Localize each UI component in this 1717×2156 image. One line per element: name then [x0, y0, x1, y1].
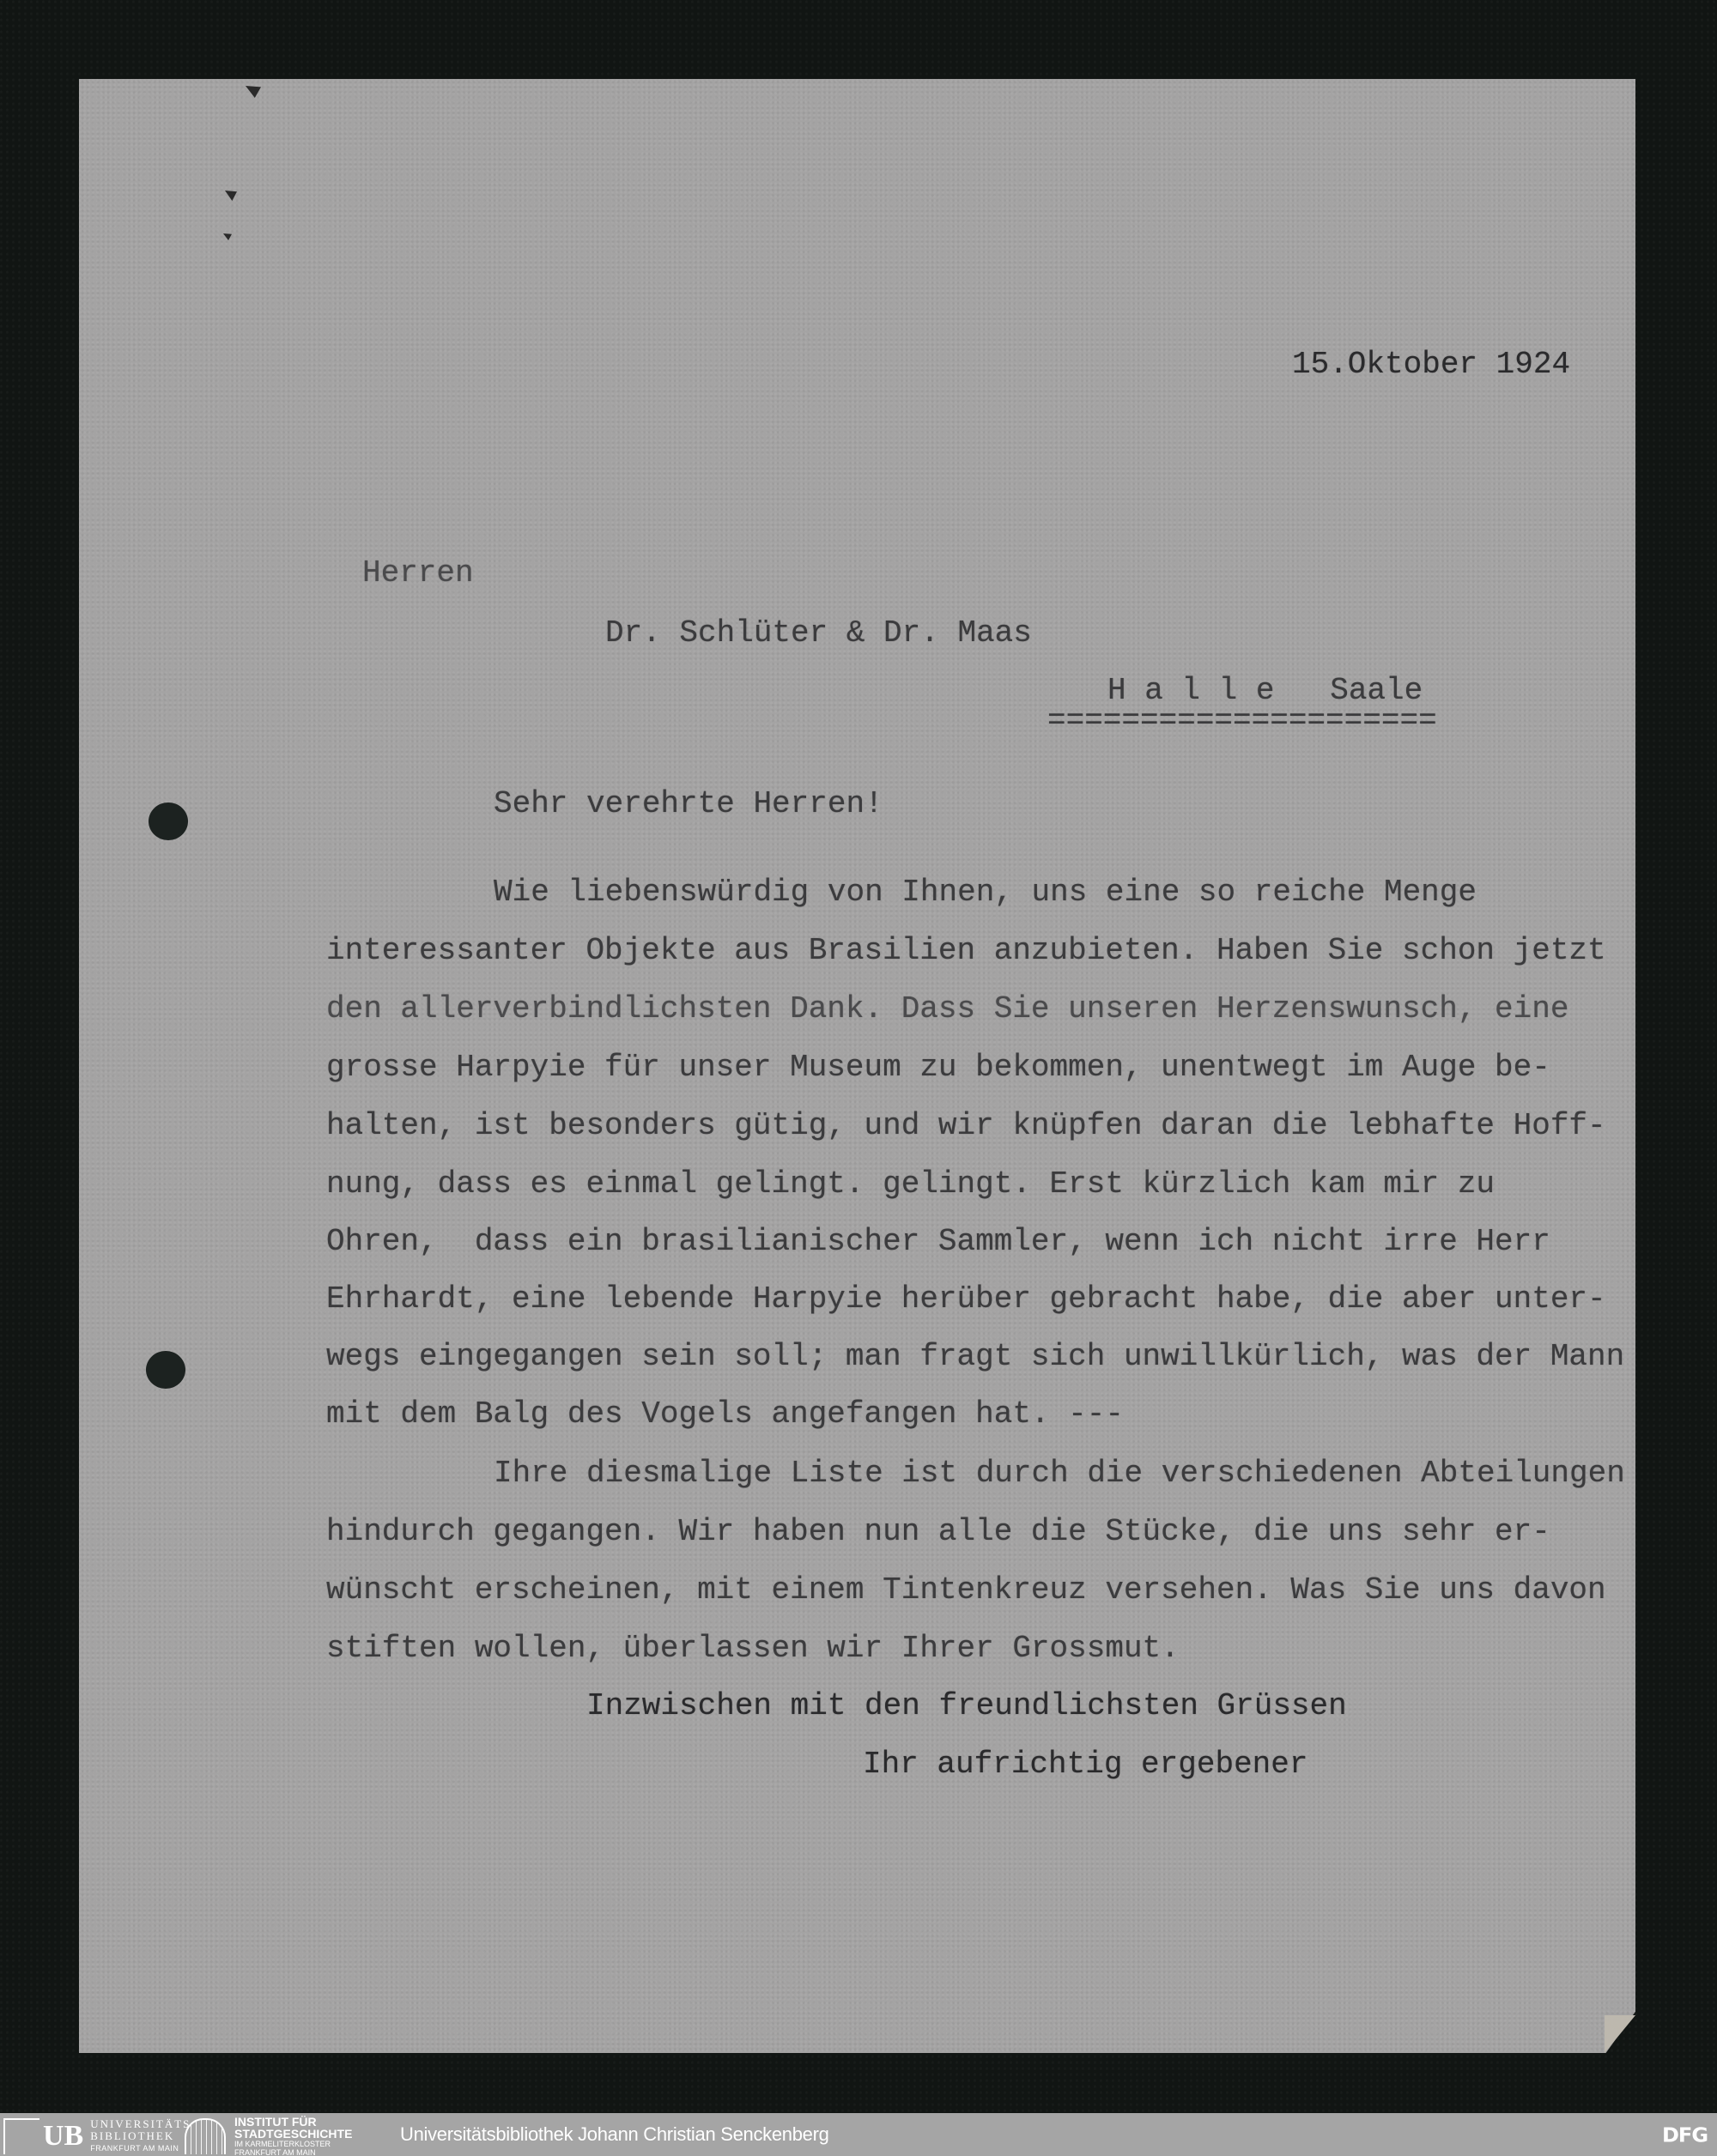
punch-hole [149, 802, 188, 840]
ub-logo[interactable]: UB UNIVERSITÄTS BIBLIOTHEK FRANKFURT AM … [3, 2118, 191, 2154]
city-underline: ===================== [1047, 704, 1437, 738]
body-line: grosse Harpyie für unser Museum zu bekom… [326, 1051, 1550, 1085]
letter-date: 15.Oktober 1924 [1292, 348, 1570, 382]
body-line: nung, dass es einmal gelingt. gelingt. E… [326, 1167, 1495, 1202]
library-name: Universitätsbibliothek Johann Christian … [400, 2123, 829, 2146]
isg-line4: FRANKFURT AM MAIN [234, 2148, 352, 2156]
ub-line3: FRANKFURT AM MAIN [90, 2142, 191, 2154]
gothic-window-icon [185, 2118, 226, 2154]
body-line: interessanter Objekte aus Brasilien anzu… [326, 934, 1606, 968]
body-line: mit dem Balg des Vogels angefangen hat. … [326, 1397, 1124, 1432]
ub-letters: UB [43, 2119, 83, 2153]
isg-text: INSTITUT FÜR STADTGESCHICHTE IM KARMELIT… [234, 2116, 352, 2156]
body-line: Ehrhardt, eine lebende Harpyie herüber g… [326, 1282, 1606, 1317]
letter-signoff: Ihr aufrichtig ergebener [863, 1747, 1307, 1782]
recipient-names: Dr. Schlüter & Dr. Maas [605, 616, 1032, 651]
body-line: Ohren, dass ein brasilianischer Sammler,… [326, 1225, 1550, 1259]
body-line: wegs eingegangen sein soll; man fragt si… [326, 1340, 1624, 1374]
body-line: wünscht erscheinen, mit einem Tintenkreu… [326, 1573, 1606, 1608]
body-line: hindurch gegangen. Wir haben nun alle di… [326, 1515, 1550, 1549]
body-line: Wie liebenswürdig von Ihnen, uns eine so… [494, 875, 1477, 910]
ub-line2: BIBLIOTHEK [90, 2130, 191, 2142]
body-line: stiften wollen, überlassen wir Ihrer Gro… [326, 1632, 1180, 1666]
body-line: halten, ist besonders gütig, und wir knü… [326, 1109, 1606, 1143]
ub-text: UNIVERSITÄTS BIBLIOTHEK FRANKFURT AM MAI… [90, 2118, 191, 2154]
archive-footer: UB UNIVERSITÄTS BIBLIOTHEK FRANKFURT AM … [0, 2113, 1717, 2156]
goethe-bust-icon [3, 2118, 39, 2154]
isg-line2: STADTGESCHICHTE [234, 2128, 352, 2140]
letter-greeting: Sehr verehrte Herren! [494, 787, 883, 821]
recipient-salutation: Herren [362, 556, 474, 590]
body-line: den allerverbindlichsten Dank. Dass Sie … [326, 992, 1568, 1027]
punch-hole [146, 1351, 185, 1389]
isg-logo[interactable]: INSTITUT FÜR STADTGESCHICHTE IM KARMELIT… [185, 2118, 352, 2154]
isg-line3: IM KARMELITERKLOSTER [234, 2140, 352, 2148]
isg-line1: INSTITUT FÜR [234, 2116, 352, 2128]
letter-closing: Inzwischen mit den freundlichsten Grüsse… [586, 1689, 1347, 1723]
dfg-logo[interactable]: DFG [1662, 2124, 1708, 2147]
body-line: Ihre diesmalige Liste ist durch die vers… [494, 1457, 1625, 1491]
ub-line1: UNIVERSITÄTS [90, 2118, 191, 2130]
